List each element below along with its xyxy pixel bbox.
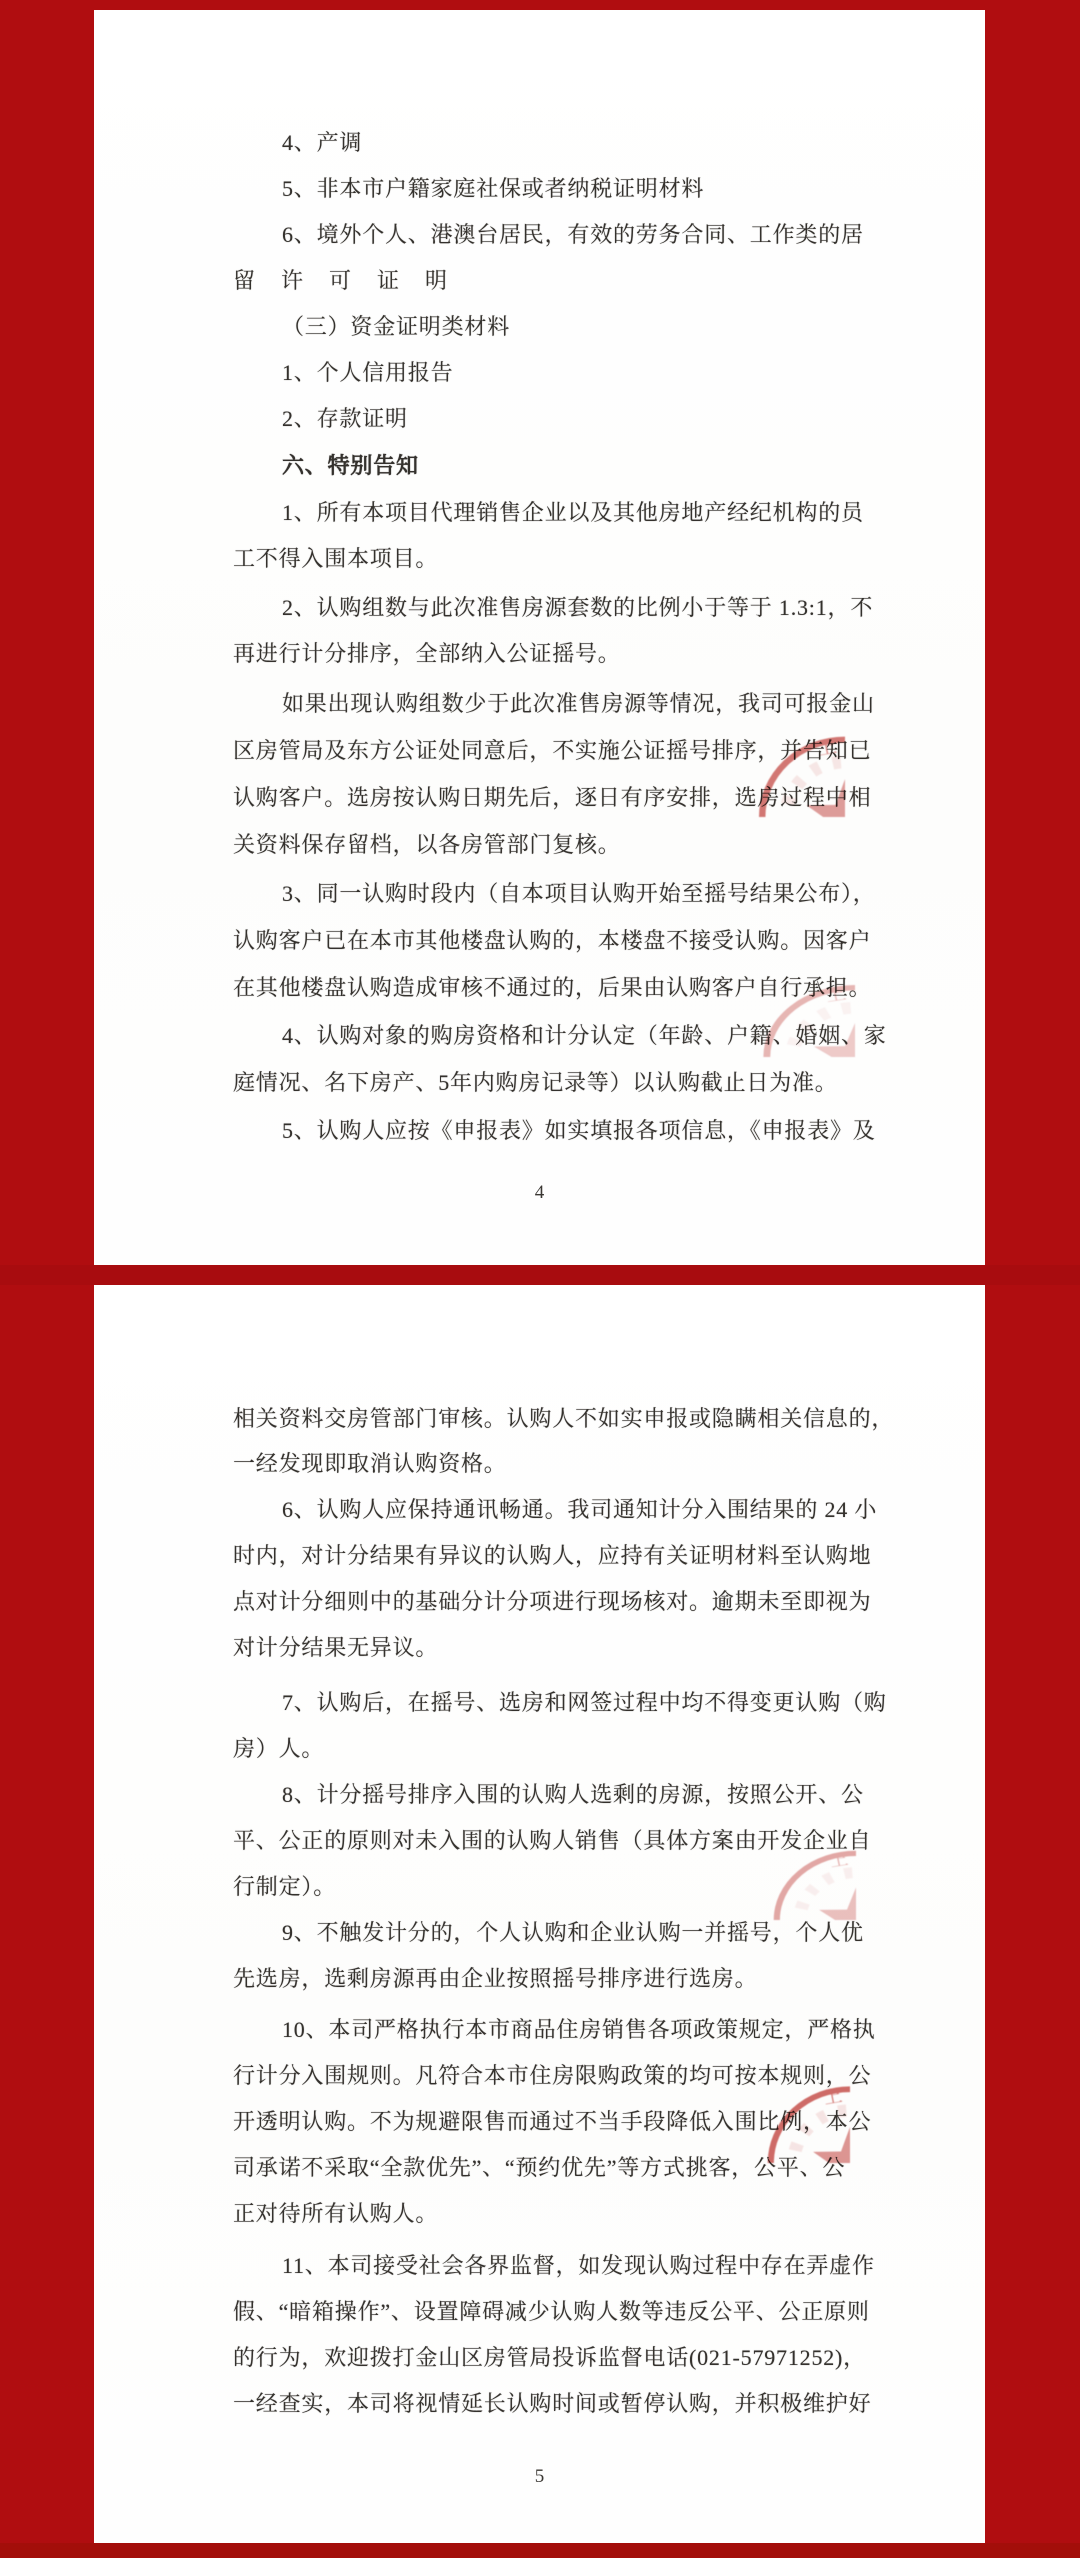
text-line: 4、产调 (282, 130, 362, 156)
text-line: （三）资金证明类材料 (282, 314, 510, 340)
page-gap-divider (0, 1265, 1080, 1285)
text-line: 司承诺不采取“全款优先”、“预约优先”等方式挑客，公平、公 (233, 2155, 845, 2181)
bottom-red-strip (0, 2543, 1080, 2558)
text-line: 4、认购对象的购房资格和计分认定（年龄、户籍、婚姻、家 (282, 1023, 887, 1049)
text-line: 1、个人信用报告 (282, 360, 453, 386)
text-line: 庭情况、名下房产、5年内购房记录等）以认购截止日为准。 (233, 1070, 838, 1096)
text-line: 假、“暗箱操作”、设置障碍减少认购人数等违反公平、公正原则 (233, 2299, 870, 2325)
text-line: 时内，对计分结果有异议的认购人，应持有关证明材料至认购地 (233, 1543, 871, 1569)
text-line: 认购客户已在本市其他楼盘认购的，本楼盘不接受认购。因客户 (233, 928, 871, 954)
text-line: 一经查实，本司将视情延长认购时间或暂停认购，并积极维护好 (233, 2391, 871, 2417)
article-red-canvas: { "meta": { "background_color": "#b00d10… (0, 0, 1080, 2558)
text-line: 9、不触发计分的，个人认购和企业认购一并摇号，个人优 (282, 1920, 864, 1946)
text-line: 点对计分细则中的基础分计分项进行现场核对。逾期未至即视为 (233, 1589, 871, 1615)
text-line: 5、认购人应按《申报表》如实填报各项信息，《申报表》及 (282, 1118, 876, 1144)
text-line: 房）人。 (233, 1736, 324, 1762)
text-line: 2、存款证明 (282, 406, 408, 432)
text-line: 1、所有本项目代理销售企业以及其他房地产经纪机构的员 (282, 500, 864, 526)
text-line: 行制定）。 (233, 1874, 336, 1900)
text-line: 六、特别告知 (282, 453, 419, 479)
text-line: 如果出现认购组数少于此次准售房源等情况，我司可报金山 (282, 691, 875, 717)
text-line: 工不得入围本项目。 (233, 546, 438, 572)
text-line: 2、认购组数与此次准售房源套数的比例小于等于 1.3:1，不 (282, 595, 873, 621)
text-line: 7、认购后，在摇号、选房和网签过程中均不得变更认购（购 (282, 1690, 887, 1716)
text-line: 11、本司接受社会各界监督，如发现认购过程中存在弄虚作 (282, 2253, 875, 2279)
text-line: 对计分结果无异议。 (233, 1635, 438, 1661)
text-line: 留许可证明 (233, 268, 473, 294)
text-line: 行计分入围规则。凡符合本市住房限购政策的均可按本规则，公 (233, 2063, 871, 2089)
text-line: 正对待所有认购人。 (233, 2201, 438, 2227)
text-line: 平、公正的原则对未入围的认购人销售（具体方案由开发企业自 (233, 1828, 871, 1854)
document-page-scan-2: 相关资料交房管部门审核。认购人不如实申报或隐瞒相关信息的，一经发现即取消认购资格… (94, 1285, 985, 2543)
text-line: 3、同一认购时段内（自本项目认购开始至摇号结果公布）， (282, 881, 876, 907)
text-line: 6、认购人应保持通讯畅通。我司通知计分入围结果的 24 小 (282, 1497, 877, 1523)
text-line: 认购客户。选房按认购日期先后，逐日有序安排，选房过程中相 (233, 785, 871, 811)
text-line: 在其他楼盘认购造成审核不通过的，后果由认购客户自行承担。 (233, 975, 871, 1001)
text-line: 再进行计分排序，全部纳入公证摇号。 (233, 641, 621, 667)
text-line: 5、非本市户籍家庭社保或者纳税证明材料 (282, 176, 704, 202)
page-number: 4 (94, 1182, 985, 1204)
text-line: 一经发现即取消认购资格。 (233, 1451, 507, 1477)
text-line: 相关资料交房管部门审核。认购人不如实申报或隐瞒相关信息的， (233, 1406, 894, 1432)
text-line: 开透明认购。不为规避限售而通过不当手段降低入围比例，本公 (233, 2109, 871, 2135)
page-number: 5 (94, 2466, 985, 2488)
text-line: 6、境外个人、港澳台居民，有效的劳务合同、工作类的居 (282, 222, 864, 248)
text-line: 8、计分摇号排序入围的认购人选剩的房源，按照公开、公 (282, 1782, 864, 1808)
document-page-scan-1: 4、产调5、非本市户籍家庭社保或者纳税证明材料6、境外个人、港澳台居民，有效的劳… (94, 10, 985, 1265)
text-line: 区房管局及东方公证处同意后，不实施公证摇号排序，并告知已 (233, 738, 871, 764)
text-line: 10、本司严格执行本市商品住房销售各项政策规定，严格执 (282, 2017, 876, 2043)
text-line: 关资料保存留档，以各房管部门复核。 (233, 832, 621, 858)
text-line: 的行为，欢迎拨打金山区房管局投诉监督电话(021-57971252)， (233, 2345, 866, 2371)
text-line: 先选房，选剩房源再由企业按照摇号排序进行选房。 (233, 1966, 757, 1992)
